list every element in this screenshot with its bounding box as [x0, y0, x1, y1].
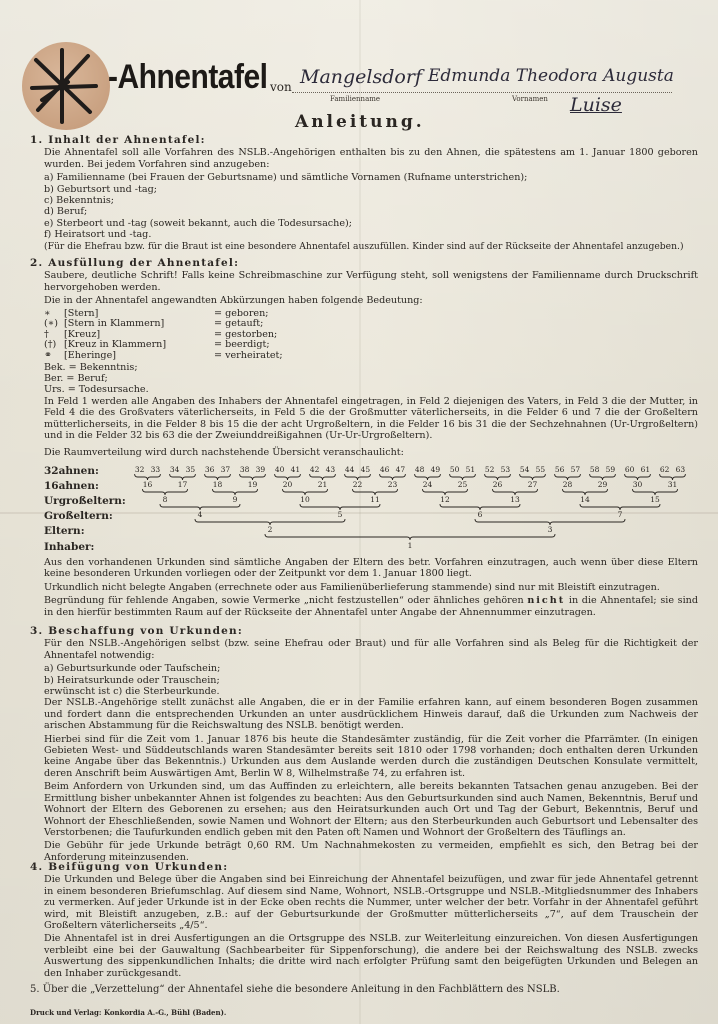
given-names-field[interactable]: Edmunda Theodora Augusta: [428, 66, 674, 86]
ancestor-number: 13: [510, 495, 520, 504]
section-heading: 4. Beifügung von Urkunden:: [30, 862, 698, 873]
given-names-field-line2[interactable]: Luise: [570, 94, 622, 116]
ancestor-number: 7: [618, 510, 623, 519]
ancestor-number: 27: [528, 480, 538, 489]
section-text: 5. Über die „Verzettelung“ der Ahnentafe…: [30, 984, 698, 995]
section-indexing: 5. Über die „Verzettelung“ der Ahnentafe…: [30, 984, 698, 995]
section-contents: 1. Inhalt der Ahnentafel: Die Ahnentafel…: [30, 135, 698, 252]
ancestor-number: 54: [520, 465, 530, 474]
ancestor-number: 58: [590, 465, 600, 474]
list-item: f) Heiratsort und -tag.: [44, 229, 698, 240]
ancestor-layout-diagram: 32ahnen: 16ahnen: Urgroßeltern: Großelte…: [30, 465, 710, 555]
ancestor-number: 49: [431, 465, 441, 474]
ancestor-number: 53: [501, 465, 511, 474]
paragraph: Die in der Ahnentafel angewandten Abkürz…: [44, 295, 698, 306]
ancestor-number: 23: [388, 480, 398, 489]
instructions-title: Anleitung.: [295, 112, 425, 132]
paragraph: Aus den vorhandenen Urkunden sind sämtli…: [44, 557, 698, 580]
ancestor-number: 62: [660, 465, 670, 474]
ancestor-number: 59: [606, 465, 616, 474]
list-item: b) Heiratsurkunde oder Trauschein;: [44, 675, 698, 686]
bracket-lines: [30, 465, 710, 560]
paragraph: Für den NSLB.-Angehörigen selbst (bzw. s…: [44, 638, 698, 661]
ancestor-number: 33: [151, 465, 161, 474]
abbreviation: Bek. = Bekenntnis;: [44, 362, 698, 373]
paragraph: Die Raumverteilung wird durch nachstehen…: [44, 447, 698, 458]
ancestor-number: 50: [450, 465, 460, 474]
ancestor-number: 2: [268, 525, 273, 534]
ancestor-number: 19: [248, 480, 258, 489]
list-item: erwünscht ist c) die Sterbeurkunde.: [44, 686, 698, 697]
list-item: e) Sterbeort und -tag (soweit bekannt, a…: [44, 218, 698, 229]
ancestor-number: 15: [650, 495, 660, 504]
ancestor-number: 6: [478, 510, 483, 519]
section-heading: 1. Inhalt der Ahnentafel:: [30, 135, 698, 146]
ancestor-number: 47: [396, 465, 406, 474]
ancestor-number: 3: [548, 525, 553, 534]
ancestor-number: 46: [380, 465, 390, 474]
paragraph: Der NSLB.-Angehörige stellt zunächst all…: [44, 697, 698, 731]
ancestor-number: 42: [310, 465, 320, 474]
ancestor-number: 51: [466, 465, 476, 474]
ancestor-number: 39: [256, 465, 266, 474]
ancestor-number: 9: [233, 495, 238, 504]
rune-sun-emblem-icon: [22, 42, 110, 130]
von-label: von: [270, 80, 292, 94]
abbreviation: Urs. = Todesursache.: [44, 384, 698, 395]
ancestor-number: 32: [135, 465, 145, 474]
ancestor-number: 18: [213, 480, 223, 489]
ancestor-number: 34: [170, 465, 180, 474]
ancestor-number: 21: [318, 480, 328, 489]
ancestor-number: 4: [198, 510, 203, 519]
ancestor-number: 5: [338, 510, 343, 519]
surname-field[interactable]: Mangelsdorf: [300, 66, 422, 88]
section-heading: 2. Ausfüllung der Ahnentafel:: [30, 258, 698, 269]
ancestor-number: 17: [178, 480, 188, 489]
ancestor-number: 14: [580, 495, 590, 504]
ancestor-number: 31: [668, 480, 678, 489]
list-item: a) Geburtsurkunde oder Taufschein;: [44, 663, 698, 674]
ancestor-number: 22: [353, 480, 363, 489]
abbreviation: Ber. = Beruf;: [44, 373, 698, 384]
ancestor-number: 37: [221, 465, 231, 474]
section-heading: 3. Beschaffung von Urkunden:: [30, 626, 698, 637]
ancestor-number: 56: [555, 465, 565, 474]
ancestor-number: 55: [536, 465, 546, 474]
ancestor-number: 11: [370, 495, 380, 504]
note: (Für die Ehefrau bzw. für die Braut ist …: [44, 241, 698, 252]
ancestor-number: 44: [345, 465, 355, 474]
section-filling: 2. Ausfüllung der Ahnentafel: Saubere, d…: [30, 258, 698, 461]
ancestor-number: 52: [485, 465, 495, 474]
ancestor-number: 29: [598, 480, 608, 489]
ancestor-number: 30: [633, 480, 643, 489]
list-item: c) Bekenntnis;: [44, 195, 698, 206]
ancestor-number: 12: [440, 495, 450, 504]
ancestor-number: 41: [291, 465, 301, 474]
paragraph: Saubere, deutliche Schrift! Falls keine …: [44, 270, 698, 293]
paragraph: Hierbei sind für die Zeit vom 1. Januar …: [44, 734, 698, 780]
ancestor-number: 8: [163, 495, 168, 504]
list-item: d) Beruf;: [44, 206, 698, 217]
paragraph: Urkundlich nicht belegte Angaben (errech…: [44, 582, 698, 593]
imprint: Druck und Verlag: Konkordia A.-G., Bühl …: [30, 1008, 226, 1017]
list-item: b) Geburtsort und -tag;: [44, 184, 698, 195]
paragraph: Die Urkunden und Belege über die Angaben…: [44, 874, 698, 931]
ancestor-number: 16: [143, 480, 153, 489]
paragraph: Die Ahnentafel ist in drei Ausfertigunge…: [44, 933, 698, 979]
wedding-rings-icon: ⚭: [44, 351, 64, 362]
paragraph: Die Gebühr für jede Urkunde beträgt 0,60…: [44, 840, 698, 863]
document-title: -Ahnentafel: [108, 58, 268, 97]
section-obtaining-documents: 3. Beschaffung von Urkunden: Für den NSL…: [30, 626, 698, 865]
section-filling-continued: Aus den vorhandenen Urkunden sind sämtli…: [30, 557, 698, 620]
ancestor-number: 26: [493, 480, 503, 489]
surname-label: Familienname: [330, 95, 380, 103]
ancestor-number: 45: [361, 465, 371, 474]
ancestor-number: 10: [300, 495, 310, 504]
ancestor-number: 57: [571, 465, 581, 474]
ancestor-number: 1: [408, 541, 413, 550]
ancestor-number: 61: [641, 465, 651, 474]
paragraph: Beim Anfordern von Urkunden sind, um das…: [44, 781, 698, 838]
ancestor-number: 20: [283, 480, 293, 489]
ancestor-number: 48: [415, 465, 425, 474]
paragraph: Begründung für fehlende Angaben, sowie V…: [44, 595, 698, 618]
name-line: [292, 92, 672, 93]
ancestor-number: 24: [423, 480, 433, 489]
ancestor-number: 28: [563, 480, 573, 489]
ancestor-number: 25: [458, 480, 468, 489]
ancestor-number: 36: [205, 465, 215, 474]
ancestor-number: 60: [625, 465, 635, 474]
symbol-legend: ∗[Stern]= geboren; (∗)[Stern in Klammern…: [44, 309, 698, 362]
list-item: a) Familienname (bei Frauen der Geburtsn…: [44, 172, 698, 183]
ancestor-number: 63: [676, 465, 686, 474]
ancestor-number: 40: [275, 465, 285, 474]
ancestor-number: 43: [326, 465, 336, 474]
ancestor-number: 35: [186, 465, 196, 474]
paragraph: In Feld 1 werden alle Angaben des Inhabe…: [44, 396, 698, 442]
paragraph: Die Ahnentafel soll alle Vorfahren des N…: [44, 147, 698, 170]
ancestor-number: 38: [240, 465, 250, 474]
given-names-label: Vornamen: [512, 95, 548, 103]
section-attaching-documents: 4. Beifügung von Urkunden: Die Urkunden …: [30, 862, 698, 981]
